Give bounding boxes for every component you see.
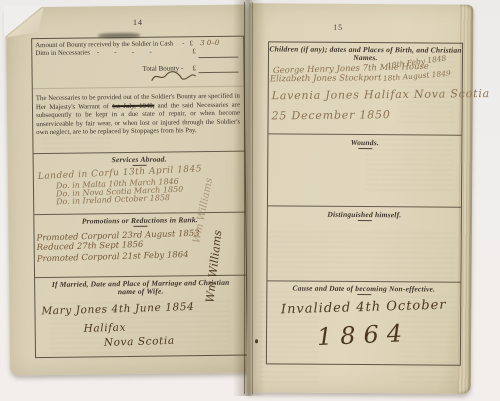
ink-scrawl-icon <box>149 68 199 85</box>
section-rule <box>267 280 460 282</box>
page-number-right: 15 <box>323 23 353 32</box>
fold-crease-line <box>33 86 244 90</box>
wounds-heading: Wounds. <box>268 137 461 147</box>
total-rule-line <box>199 72 239 73</box>
marriage-place-entry: Halifax <box>84 322 127 335</box>
section-rule <box>268 205 461 207</box>
heading-underline <box>133 226 147 227</box>
heading-underline <box>357 220 371 221</box>
marriage-place-entry: Nova Scotia <box>104 335 175 349</box>
child-entry: Lavenia Jones Halifax Nova Scotia <box>272 87 490 102</box>
bounty-cash-label: Amount of Bounty received by the Soldier… <box>35 40 173 49</box>
child-entry: 25 December 1850 <box>272 108 391 122</box>
bounty-cash-value-handwritten: 3 0–0 <box>200 39 219 47</box>
page-number-left: 14 <box>118 18 158 27</box>
page-15: 15 Children (if any); dates and Places o… <box>247 3 474 394</box>
wife-name-entry: Mary Jones 4th June 1854 <box>41 301 194 318</box>
bounty-necessaries-currency: £ <box>192 48 195 55</box>
ink-dot <box>255 339 258 343</box>
heading-underline <box>132 165 146 166</box>
non-effective-heading: Cause and Date of becoming Non-effective… <box>267 283 460 293</box>
child-entry-name: Elizabeth Jones Stockport <box>270 73 382 84</box>
bounty-necessaries-label: Ditto in Necessaries - - - - <box>35 49 152 57</box>
section-rule <box>268 133 461 135</box>
non-effective-entry: Invalided 4th October <box>267 297 460 317</box>
heading-underline <box>357 294 371 295</box>
struck-warrant-date: 1st July, 1848, <box>112 102 154 110</box>
heading-underline <box>358 148 372 149</box>
amount-rule-line <box>198 57 238 58</box>
distinguished-heading: Distinguished himself. <box>268 209 461 219</box>
services-abroad-heading: Services Abroad. <box>34 154 245 166</box>
page-14: 14 Amount of Bounty received by the Sold… <box>6 5 250 376</box>
page-15-ruled-box: Children (if any); dates and Places of B… <box>266 41 463 365</box>
necessaries-paragraph: The Necessaries to be provided out of th… <box>36 93 241 138</box>
bounty-cash-currency: - £ <box>182 40 193 47</box>
non-effective-year: 1864 <box>267 317 461 354</box>
